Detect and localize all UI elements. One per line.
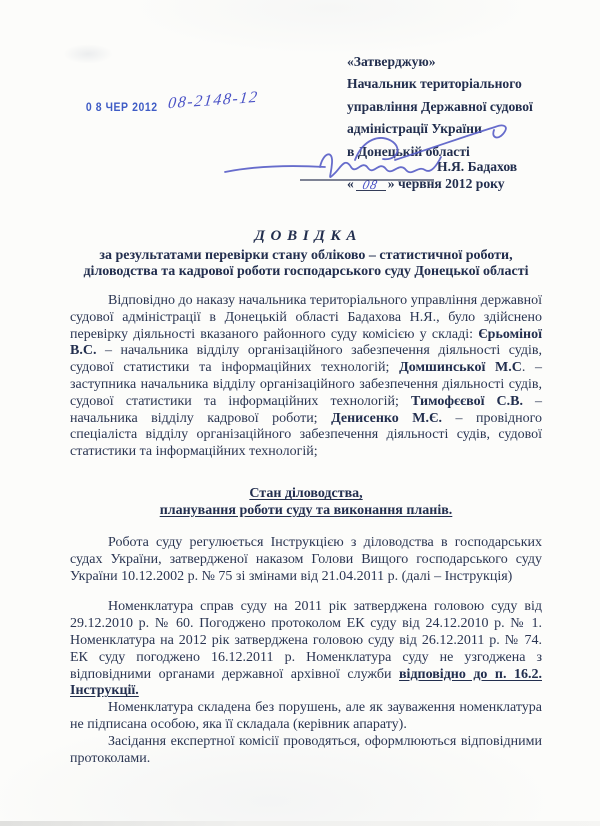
approval-quote: «Затверджую» bbox=[347, 51, 573, 73]
paragraph-commission: Відповідно до наказу начальника територі… bbox=[70, 293, 542, 461]
incoming-date-stamp: 0 8 ЧЕР 2012 bbox=[86, 102, 158, 115]
text-run: Відповідно до наказу начальника територі… bbox=[70, 293, 542, 342]
section-heading-line1: Стан діловодства, bbox=[70, 485, 542, 502]
document-body: Д О В І Д К А за результатами перевірки … bbox=[0, 228, 600, 767]
commission-member-name: Домшинської М.С bbox=[399, 360, 522, 375]
signature-mark bbox=[215, 115, 565, 205]
handwritten-ref-number: 08-2148-12 bbox=[167, 89, 259, 114]
section-heading-text: Стан діловодства, bbox=[249, 486, 362, 501]
commission-member-name: Денисенко М.Є. bbox=[331, 411, 442, 426]
scanned-document-page: 0 8 ЧЕР 2012 08-2148-12 «Затверджую» Нач… bbox=[0, 0, 600, 826]
commission-member-name: Тимофєєвої С.В. bbox=[411, 394, 523, 409]
paragraph-remark: Номенклатура складена без порушень, але … bbox=[70, 700, 542, 734]
section-heading-line2: планування роботи суду та виконання план… bbox=[70, 502, 542, 519]
document-subtitle-line1: за результатами перевірки стану обліково… bbox=[70, 248, 542, 264]
approval-title-line: Начальник територіального bbox=[347, 73, 573, 95]
section-heading-text: планування роботи суду та виконання план… bbox=[160, 503, 453, 518]
scan-edge-shadow bbox=[0, 821, 600, 826]
paragraph-instruction: Робота суду регулюється Інструкцією з ді… bbox=[70, 535, 542, 585]
document-header: 0 8 ЧЕР 2012 08-2148-12 «Затверджую» Нач… bbox=[0, 0, 600, 222]
paragraph-nomenclature: Номенклатура справ суду на 2011 рік затв… bbox=[70, 599, 542, 700]
paragraph-expert-commission: Засідання експертної комісії проводяться… bbox=[70, 734, 542, 768]
section-heading: Стан діловодства, планування роботи суду… bbox=[70, 485, 542, 519]
document-title: Д О В І Д К А bbox=[70, 228, 542, 245]
document-subtitle-line2: діловодства та кадрової роботи господарс… bbox=[70, 264, 542, 280]
